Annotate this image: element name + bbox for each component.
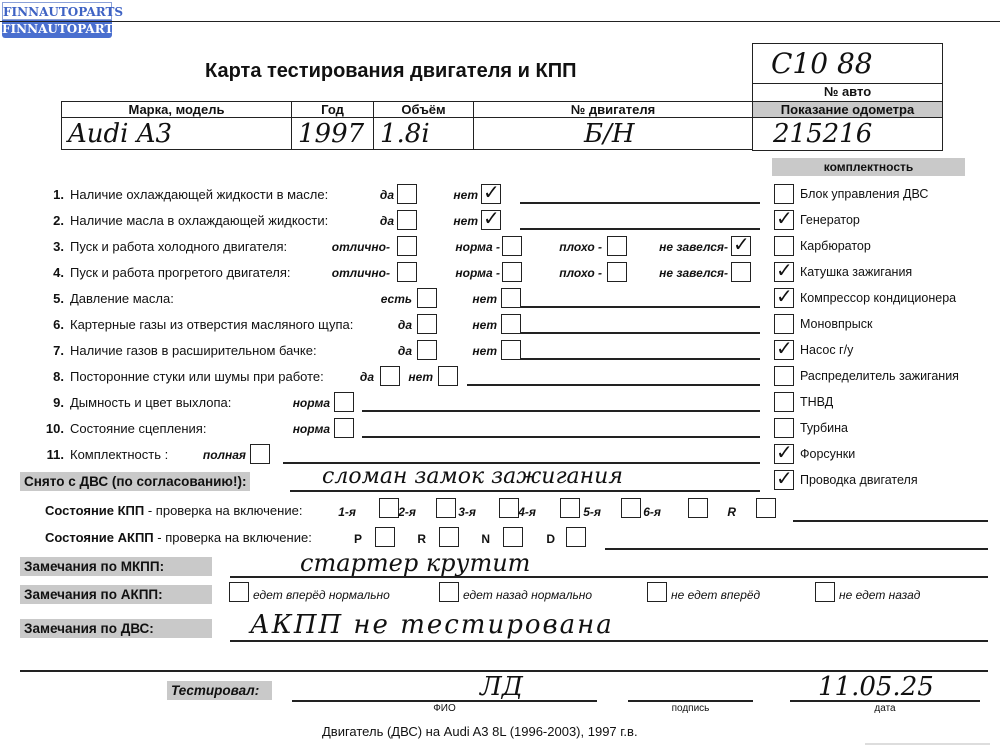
- date-caption: дата: [790, 703, 980, 714]
- checkmark-icon: ✓: [776, 337, 793, 359]
- kpp-gear-checkbox[interactable]: [756, 498, 776, 518]
- question-text: Наличие масла в охлаждающей жидкости:: [70, 213, 328, 228]
- akpp-label: Состояние АКПП - проверка на включение:: [45, 530, 312, 545]
- option-label: отлично-: [300, 266, 390, 280]
- question-checkbox[interactable]: [334, 418, 354, 438]
- question-row: 1.Наличие охлаждающей жидкости в масле:: [38, 187, 328, 202]
- kit-item-label: Турбина: [800, 421, 848, 435]
- akpp-gear-label: D: [535, 532, 555, 546]
- question-row: 3.Пуск и работа холодного двигателя:: [38, 239, 287, 254]
- option-label: нет: [440, 344, 497, 358]
- answer-line: [520, 332, 760, 334]
- question-number: 11.: [38, 447, 64, 462]
- option-label: нет: [390, 370, 433, 384]
- question-text: Пуск и работа холодного двигателя:: [70, 239, 287, 254]
- question-checkbox[interactable]: ✓: [481, 184, 501, 204]
- question-checkbox[interactable]: [250, 444, 270, 464]
- question-row: 5.Давление масла:: [38, 291, 174, 306]
- option-label: есть: [350, 292, 412, 306]
- akpp-remark-label: едет вперёд нормально: [253, 588, 390, 602]
- question-text: Картерные газы из отверстия масляного щу…: [70, 317, 353, 332]
- page-title: Карта тестирования двигателя и КПП: [205, 60, 576, 83]
- answer-line: [520, 358, 760, 360]
- answer-line: [520, 202, 760, 204]
- auto-number-label: № авто: [753, 84, 942, 101]
- checkmark-icon: ✓: [776, 259, 793, 281]
- question-checkbox[interactable]: [501, 340, 521, 360]
- option-label: норма: [270, 396, 330, 410]
- kit-checkbox[interactable]: [774, 184, 794, 204]
- checkmark-icon: ✓: [776, 207, 793, 229]
- kit-checkbox[interactable]: [774, 236, 794, 256]
- answer-line: [362, 410, 760, 412]
- top-divider: [0, 21, 1000, 22]
- akpp-remarks-label: Замечания по АКПП:: [20, 585, 212, 604]
- question-checkbox[interactable]: [417, 288, 437, 308]
- question-checkbox[interactable]: [607, 262, 627, 282]
- removed-underline: [290, 490, 760, 492]
- make-model-value: Audi A3: [62, 118, 292, 150]
- akpp-gear-label: P: [342, 532, 362, 546]
- kit-item-label: Карбюратор: [800, 239, 871, 253]
- question-checkbox[interactable]: [334, 392, 354, 412]
- page-caption: Двигатель (ДВС) на Audi A3 8L (1996-2003…: [322, 724, 638, 739]
- option-label: не завелся-: [630, 266, 728, 280]
- kpp-gear-label: 4-я: [500, 505, 536, 519]
- tester-name: ЛД: [480, 672, 523, 702]
- vehicle-info-table: Марка, модель Год Объём № двигателя Audi…: [61, 101, 753, 150]
- akpp-remark-label: едет назад нормально: [463, 588, 592, 602]
- question-number: 9.: [38, 395, 64, 410]
- kit-item-label: Катушка зажигания: [800, 265, 912, 279]
- kit-item-label: Насос г/у: [800, 343, 853, 357]
- question-row: 9.Дымность и цвет выхлопа:: [38, 395, 231, 410]
- question-row: 4.Пуск и работа прогретого двигателя:: [38, 265, 290, 280]
- kit-item-label: Проводка двигателя: [800, 473, 918, 487]
- watermark-logo-bottom: FINNAUTOPARTS: [2, 20, 112, 38]
- signature-caption: подпись: [628, 703, 753, 714]
- odometer-box: Показание одометра 215216: [752, 101, 943, 151]
- question-row: 7.Наличие газов в расширительном бачке:: [38, 343, 317, 358]
- option-label: нет: [420, 214, 478, 228]
- question-text: Наличие газов в расширительном бачке:: [70, 343, 317, 358]
- odometer-value: 215216: [753, 118, 942, 150]
- answer-line: [520, 306, 760, 308]
- question-row: 10.Состояние сцепления:: [38, 421, 206, 436]
- answer-line: [362, 436, 760, 438]
- question-checkbox[interactable]: [397, 262, 417, 282]
- akpp-gear-label: N: [470, 532, 490, 546]
- kpp-gear-label: 3-я: [440, 505, 476, 519]
- kit-checkbox[interactable]: ✓: [774, 444, 794, 464]
- option-label: да: [350, 318, 412, 332]
- kit-checkbox[interactable]: [774, 392, 794, 412]
- question-checkbox[interactable]: [397, 184, 417, 204]
- question-row: 2.Наличие масла в охлаждающей жидкости:: [38, 213, 328, 228]
- akpp-gear-checkbox[interactable]: [439, 527, 459, 547]
- kpp-gear-label: 2-я: [380, 505, 416, 519]
- col-volume: Объём: [374, 102, 474, 118]
- akpp-remark-label: не едет вперёд: [671, 588, 760, 602]
- option-label: норма: [270, 422, 330, 436]
- akpp-remark-checkbox[interactable]: [229, 582, 249, 602]
- question-number: 1.: [38, 187, 64, 202]
- tested-label: Тестировал:: [167, 681, 272, 700]
- name-line: [292, 700, 597, 702]
- kpp-gear-label: 1-я: [320, 505, 356, 519]
- kit-checkbox[interactable]: [774, 314, 794, 334]
- option-label: нет: [440, 292, 497, 306]
- question-checkbox[interactable]: [607, 236, 627, 256]
- checkmark-icon: ✓: [776, 285, 793, 307]
- question-checkbox[interactable]: [731, 262, 751, 282]
- akpp-remark-checkbox[interactable]: [647, 582, 667, 602]
- watermark-logo-top: FINNAUTOPARTS: [2, 2, 112, 20]
- col-make-model: Марка, модель: [62, 102, 292, 118]
- question-checkbox[interactable]: ✓: [481, 210, 501, 230]
- kit-item-label: Блок управления ДВС: [800, 187, 928, 201]
- auto-number-value: C10 88: [753, 44, 942, 84]
- kit-item-label: Моновпрыск: [800, 317, 872, 331]
- kit-item-label: Форсунки: [800, 447, 855, 461]
- question-row: 11.Комплектность :: [38, 447, 168, 462]
- dvs-underline: [230, 640, 988, 642]
- answer-line: [467, 384, 760, 386]
- name-caption: ФИО: [292, 703, 597, 714]
- kpp-label: Состояние КПП - проверка на включение:: [45, 503, 302, 518]
- question-text: Наличие охлаждающей жидкости в масле:: [70, 187, 328, 202]
- akpp-line: [605, 548, 988, 550]
- question-text: Состояние сцепления:: [70, 421, 206, 436]
- option-label: плохо -: [525, 266, 602, 280]
- question-checkbox[interactable]: [438, 366, 458, 386]
- date-line: [790, 700, 980, 702]
- checkmark-icon: ✓: [483, 207, 500, 229]
- engine-number-value: Б/Н: [474, 118, 753, 150]
- kpp-gear-label: 6-я: [625, 505, 661, 519]
- kpp-gear-label: R: [700, 505, 736, 519]
- akpp-remark-checkbox[interactable]: [815, 582, 835, 602]
- checkmark-icon: ✓: [776, 441, 793, 463]
- question-number: 8.: [38, 369, 64, 384]
- question-text: Пуск и работа прогретого двигателя:: [70, 265, 290, 280]
- question-checkbox[interactable]: [397, 236, 417, 256]
- question-text: Дымность и цвет выхлопа:: [70, 395, 231, 410]
- option-label: да: [320, 370, 374, 384]
- question-row: 6.Картерные газы из отверстия масляного …: [38, 317, 353, 332]
- akpp-gear-checkbox[interactable]: [503, 527, 523, 547]
- question-number: 3.: [38, 239, 64, 254]
- akpp-gear-label: R: [406, 532, 426, 546]
- mkpp-remarks-label: Замечания по МКПП:: [20, 557, 212, 576]
- option-label: не завелся-: [630, 240, 728, 254]
- option-label: норма -: [420, 266, 500, 280]
- kit-header: комплектность: [772, 158, 965, 176]
- question-checkbox[interactable]: [502, 236, 522, 256]
- kpp-line: [793, 520, 988, 522]
- removed-value: сломан замок зажигания: [322, 464, 623, 489]
- option-label: норма -: [420, 240, 500, 254]
- odometer-label: Показание одометра: [753, 102, 942, 118]
- akpp-remark-checkbox[interactable]: [439, 582, 459, 602]
- signature-line: [628, 700, 753, 702]
- akpp-gear-checkbox[interactable]: [375, 527, 395, 547]
- checkmark-icon: ✓: [733, 233, 750, 255]
- dvs-remarks-value: АКПП не тестирована: [250, 610, 614, 640]
- question-checkbox[interactable]: [417, 314, 437, 334]
- question-checkbox[interactable]: ✓: [731, 236, 751, 256]
- option-label: нет: [440, 318, 497, 332]
- year-value: 1997: [292, 118, 374, 150]
- akpp-gear-checkbox[interactable]: [566, 527, 586, 547]
- test-date: 11.05.25: [818, 672, 934, 702]
- question-row: 8.Посторонние стуки или шумы при работе:: [38, 369, 324, 384]
- question-checkbox[interactable]: [501, 288, 521, 308]
- question-text: Посторонние стуки или шумы при работе:: [70, 369, 324, 384]
- kit-checkbox[interactable]: ✓: [774, 288, 794, 308]
- mkpp-remarks-value: стартер крутит: [300, 549, 530, 577]
- option-label: отлично-: [300, 240, 390, 254]
- mkpp-underline: [230, 576, 988, 578]
- kit-item-label: ТНВД: [800, 395, 833, 409]
- question-number: 7.: [38, 343, 64, 358]
- kit-checkbox[interactable]: ✓: [774, 210, 794, 230]
- kit-checkbox[interactable]: ✓: [774, 262, 794, 282]
- col-year: Год: [292, 102, 374, 118]
- checkmark-icon: ✓: [483, 181, 500, 203]
- col-engine-number: № двигателя: [474, 102, 753, 118]
- dvs-remarks-label: Замечания по ДВС:: [20, 619, 212, 638]
- option-label: да: [350, 344, 412, 358]
- option-label: да: [330, 214, 394, 228]
- faint-watermark: [865, 743, 990, 745]
- question-checkbox[interactable]: [502, 262, 522, 282]
- option-label: да: [330, 188, 394, 202]
- kit-item-label: Генератор: [800, 213, 860, 227]
- question-number: 10.: [38, 421, 64, 436]
- option-label: нет: [420, 188, 478, 202]
- question-checkbox[interactable]: [501, 314, 521, 334]
- removed-label: Снято с ДВС (по согласованию!):: [20, 472, 250, 491]
- kit-checkbox[interactable]: ✓: [774, 340, 794, 360]
- volume-value: 1.8i: [374, 118, 474, 150]
- question-text: Комплектность :: [70, 447, 168, 462]
- option-label: полная: [190, 448, 246, 462]
- kit-item-label: Распределитель зажигания: [800, 369, 959, 383]
- akpp-remark-label: не едет назад: [839, 588, 920, 602]
- question-number: 2.: [38, 213, 64, 228]
- auto-number-box: C10 88 № авто: [752, 43, 943, 102]
- kit-checkbox[interactable]: ✓: [774, 470, 794, 490]
- checkmark-icon: ✓: [776, 467, 793, 489]
- question-number: 5.: [38, 291, 64, 306]
- question-text: Давление масла:: [70, 291, 174, 306]
- kit-checkbox[interactable]: [774, 366, 794, 386]
- kit-item-label: Компрессор кондиционера: [800, 291, 956, 305]
- question-number: 6.: [38, 317, 64, 332]
- option-label: плохо -: [525, 240, 602, 254]
- kpp-gear-label: 5-я: [565, 505, 601, 519]
- question-number: 4.: [38, 265, 64, 280]
- kit-checkbox[interactable]: [774, 418, 794, 438]
- question-checkbox[interactable]: [417, 340, 437, 360]
- answer-line: [520, 228, 760, 230]
- answer-line: [283, 462, 760, 464]
- question-checkbox[interactable]: [397, 210, 417, 230]
